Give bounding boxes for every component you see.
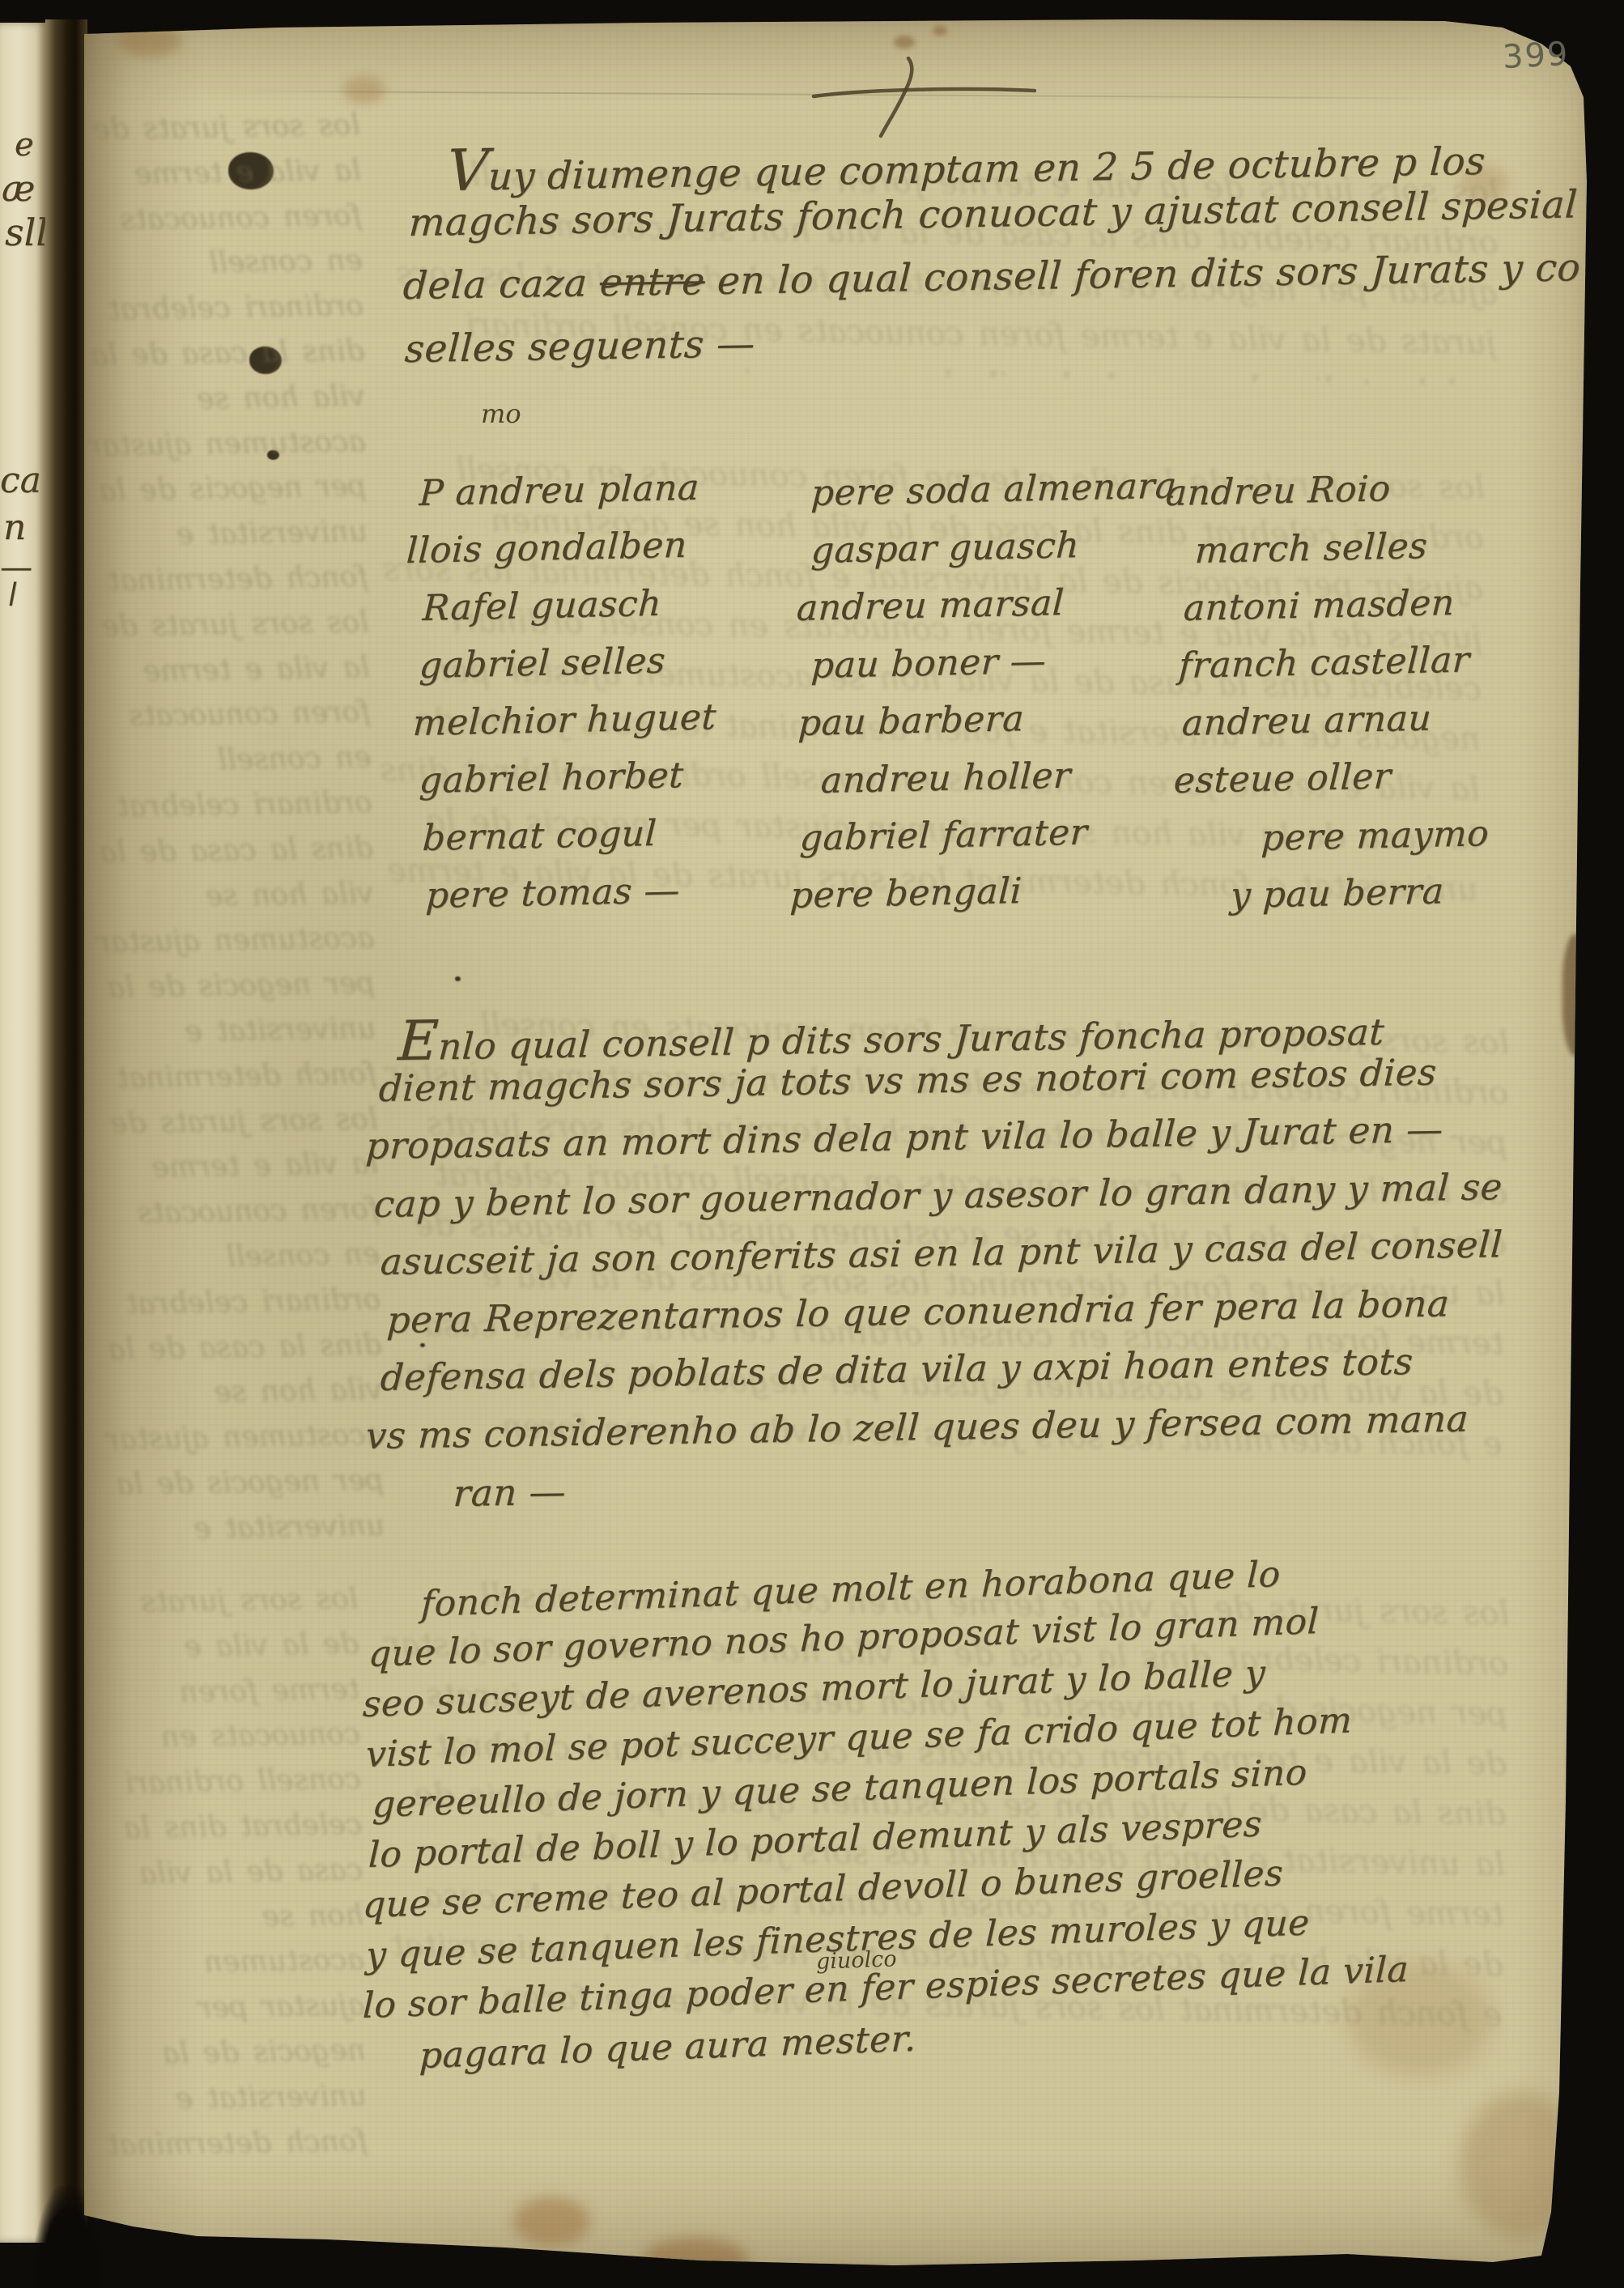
facing-page-ink-fragment: e (15, 126, 34, 164)
attendee-name: gabriel farrater (799, 812, 1089, 860)
attendee-name: pau boner — (810, 640, 1048, 687)
manuscript-scan: eæsllcan—ǀ los sors jurats de la vila e … (0, 0, 1624, 2288)
facing-page-ink-fragment: ǀ (8, 576, 18, 614)
attendee-name: pere tomas — (425, 870, 681, 916)
attendee-name: andreu holler (820, 755, 1072, 802)
attendee-name: Rafel guasch (422, 583, 662, 629)
facing-page-ink-fragment: sll (5, 211, 48, 254)
attendee-name: andreu arnau (1181, 698, 1433, 745)
facing-page-ink-fragment: æ (2, 168, 35, 210)
facing-page-ink-fragment: ca (0, 460, 41, 501)
facing-page-sliver: eæsllcan—ǀ (0, 23, 47, 2243)
heading-line: selles seguents — (404, 321, 757, 372)
attendee-name: gaspar guasch (810, 525, 1081, 572)
attendee-name: franch castellar (1178, 639, 1471, 687)
attendee-name: pere soda almenara (810, 466, 1178, 515)
attendee-name: y pau berra (1230, 870, 1445, 916)
attendee-name: andreu Roio (1165, 468, 1392, 514)
facing-page-ink-fragment: n (3, 507, 26, 548)
text-segment: dela caza (402, 261, 602, 308)
folio-number: 399 (1502, 36, 1571, 76)
attendee-name: P andreu plana (419, 467, 700, 514)
attendees-superscript-note: mo (481, 398, 521, 429)
attendee-name: bernat cogul (422, 813, 658, 859)
proposal-line: ran — (453, 1470, 568, 1515)
attendee-name: pere maymo (1261, 813, 1490, 859)
attendee-name: esteue oller (1173, 755, 1392, 802)
book-gutter (45, 19, 87, 2264)
attendee-name: melchior huguet (412, 696, 717, 744)
attendee-name: antoni masden (1183, 582, 1456, 629)
attendee-name: gabriel horbet (419, 755, 685, 802)
attendee-name: andreu marsal (796, 582, 1065, 629)
attendee-name: pere bengali (789, 870, 1023, 916)
attendee-name: march selles (1194, 525, 1429, 572)
attendee-name: pau barbera (797, 698, 1026, 744)
struck-word: entre (598, 259, 706, 305)
attendee-name: llois gondalben (406, 525, 688, 572)
attendee-name: gabriel selles (419, 640, 667, 687)
